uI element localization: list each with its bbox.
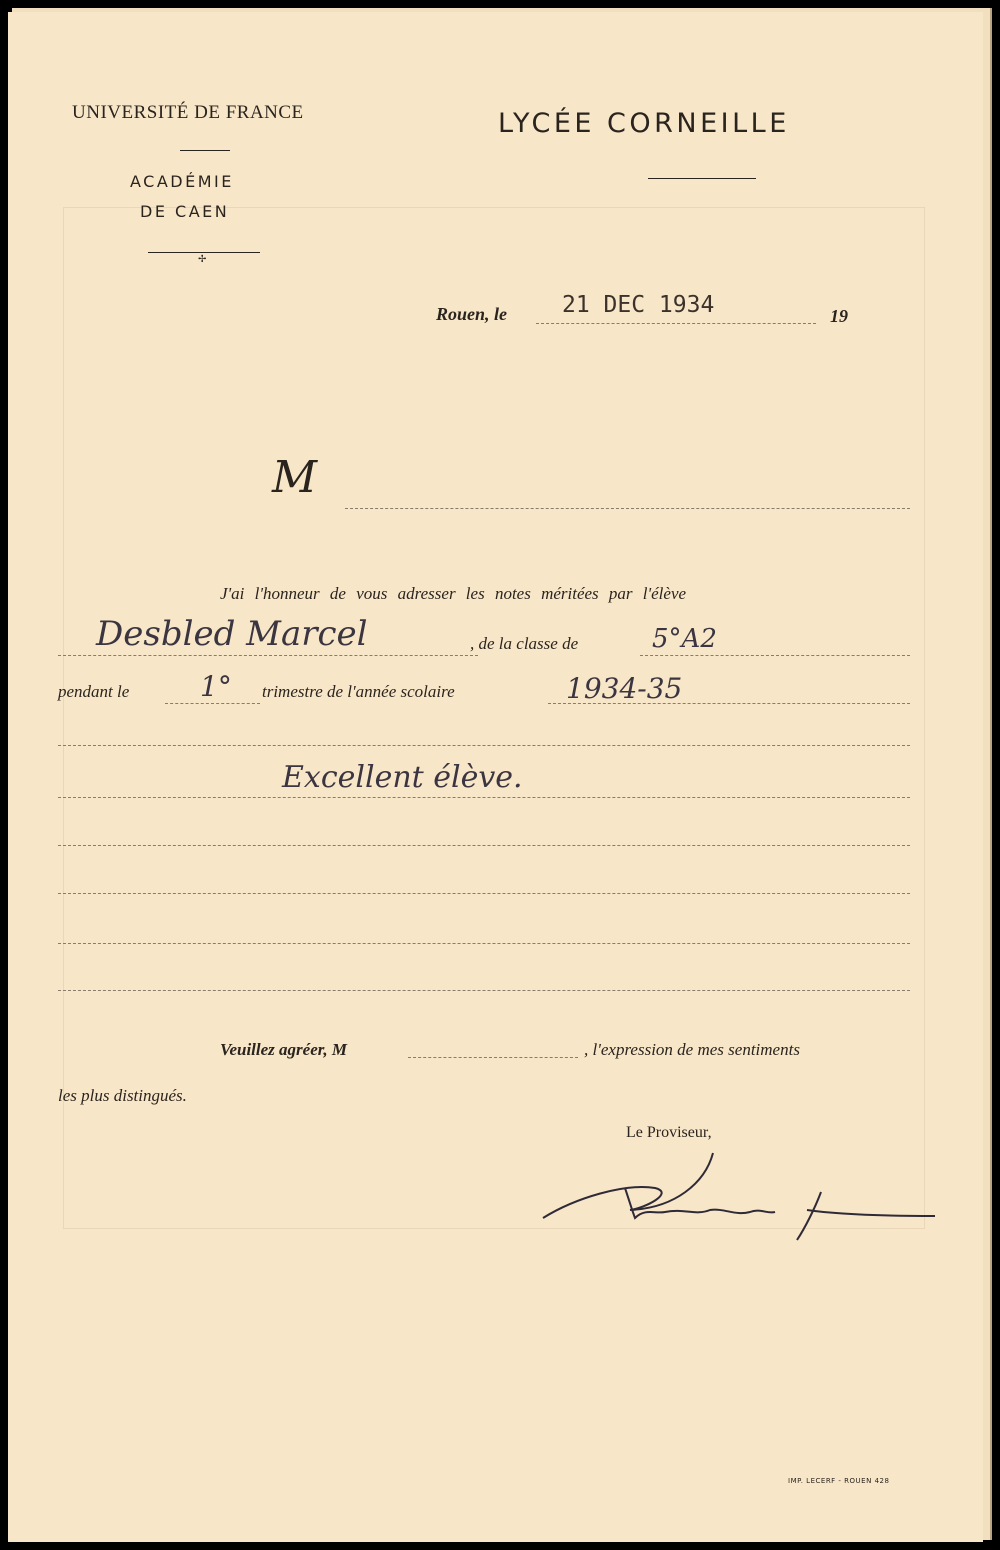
addressee-line — [345, 508, 910, 509]
name-field-line — [58, 655, 478, 656]
closing-line-2: les plus distingués. — [58, 1086, 187, 1106]
year-suffix: 19 — [830, 306, 848, 327]
closing-name-line — [408, 1057, 578, 1058]
student-name: Desbled Marcel — [96, 614, 368, 654]
date-field-line — [536, 323, 816, 324]
school-heading: LYCÉE CORNEILLE — [498, 108, 790, 139]
academie-city: DE CAEN — [140, 202, 229, 221]
fleuron-icon: ✢ — [198, 254, 206, 265]
bleed-through-table — [63, 207, 925, 1229]
signatory-title: Le Proviseur, — [626, 1124, 712, 1142]
term-field-line — [165, 703, 260, 704]
salutation: M — [272, 452, 317, 503]
remark-line-4 — [58, 893, 910, 894]
class-value: 5°A2 — [652, 624, 717, 654]
printer-imprint: IMP. LECERF - ROUEN 428 — [788, 1477, 889, 1485]
teacher-remark: Excellent élève. — [282, 760, 523, 795]
period-prefix: pendant le — [58, 682, 129, 702]
ornament-rule — [148, 252, 260, 253]
divider — [180, 150, 230, 151]
term-value: 1° — [200, 670, 232, 703]
remark-line-5 — [58, 943, 910, 944]
remark-line-2 — [58, 797, 910, 798]
term-label: trimestre de l'année scolaire — [262, 682, 455, 702]
year-field-line — [548, 703, 910, 704]
academie-heading: ACADÉMIE — [130, 172, 234, 191]
school-year-value: 1934-35 — [566, 672, 682, 705]
remark-line-1 — [58, 745, 910, 746]
divider — [648, 178, 756, 179]
intro-text: J'ai l'honneur de vous adresser les note… — [220, 584, 686, 604]
date-prefix: Rouen, le — [436, 304, 507, 325]
proviseur-signature — [535, 1148, 945, 1248]
closing-prefix: Veuillez agréer, M — [220, 1040, 347, 1060]
date-stamp: 21 DEC 1934 — [562, 292, 714, 318]
remark-line-6 — [58, 990, 910, 991]
class-label: , de la classe de — [470, 634, 578, 654]
remark-line-3 — [58, 845, 910, 846]
closing-suffix: , l'expression de mes sentiments — [584, 1040, 800, 1060]
class-field-line — [640, 655, 910, 656]
university-heading: UNIVERSITÉ DE FRANCE — [72, 102, 304, 124]
